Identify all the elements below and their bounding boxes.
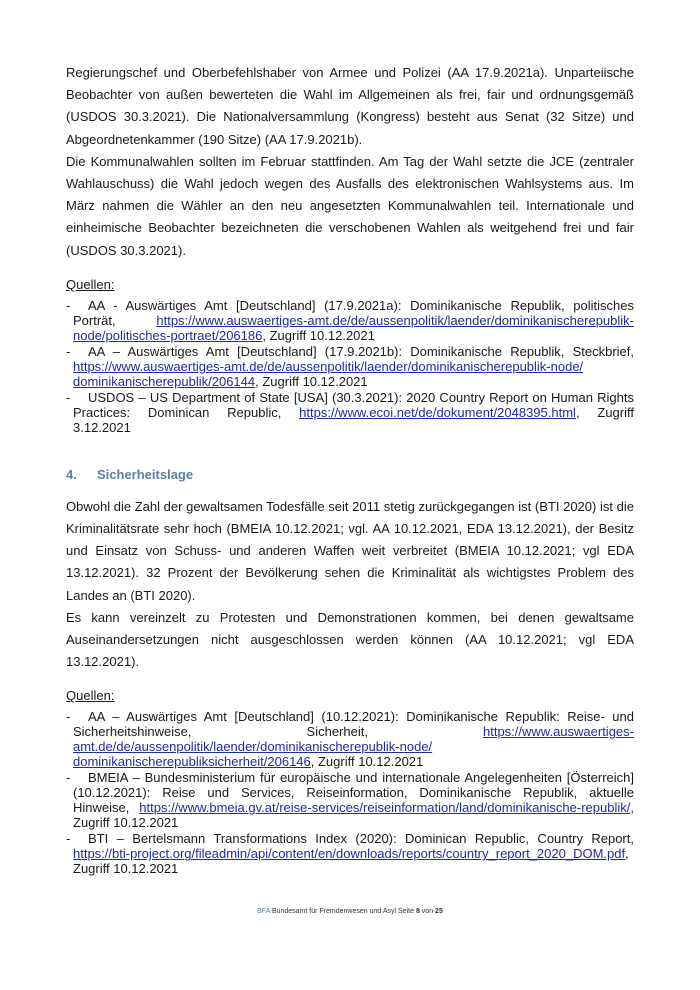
bullet-dash: - [66,390,70,405]
page-footer: BFA Bundesamt für Fremdenwesen und Asyl … [0,908,700,915]
source-text: BTI – Bertelsmann Transformations Index … [88,831,634,846]
bullet-dash: - [66,344,70,359]
footer-page-word: Seite [398,908,414,915]
source-link[interactable]: https://www.ecoi.net/de/dokument/2048395… [299,405,576,420]
source-access-date: , Zugriff 10.12.2021 [311,754,424,769]
section-4-body: Obwohl die Zahl der gewaltsamen Todesfäl… [66,496,634,674]
source-item: - USDOS – US Department of State [USA] (… [66,390,634,435]
sources-label: Quellen: [66,276,634,294]
source-access-date: , Zugriff 10.12.2021 [255,374,368,389]
sources-list: - AA – Auswärtiges Amt [Deutschland] (10… [66,709,634,876]
footer-brand: BFA [257,908,270,915]
section-title: Sicherheitslage [97,467,193,482]
paragraph: Es kann vereinzelt zu Protesten und Demo… [66,607,634,674]
source-item: - AA – Auswärtiges Amt [Deutschland] (17… [66,344,634,389]
sources-label: Quellen: [66,687,634,705]
source-item: - AA - Auswärtiges Amt [Deutschland] (17… [66,298,634,343]
source-item: - AA – Auswärtiges Amt [Deutschland] (10… [66,709,634,769]
source-link[interactable]: https://bti-project.org/fileadmin/api/co… [73,846,625,861]
paragraph: Regierungschef und Oberbefehlshaber von … [66,62,634,151]
bullet-dash: - [66,770,70,785]
paragraph: Die Kommunalwahlen sollten im Februar st… [66,151,634,262]
paragraph: Obwohl die Zahl der gewaltsamen Todesfäl… [66,496,634,607]
bullet-dash: - [66,831,70,846]
source-item: - BTI – Bertelsmann Transformations Inde… [66,831,634,876]
source-access-date: , Zugriff 10.12.2021 [262,328,375,343]
footer-of-word: von [422,908,433,915]
section-3-body: Regierungschef und Oberbefehlshaber von … [66,62,634,262]
source-item: - BMEIA – Bundesministerium für europäis… [66,770,634,830]
bullet-dash: - [66,709,70,724]
section-heading: 4.Sicherheitslage [66,466,634,484]
footer-agency: Bundesamt für Fremdenwesen und Asyl [272,908,396,915]
document-page: Regierungschef und Oberbefehlshaber von … [66,62,634,877]
bullet-dash: - [66,298,70,313]
source-text: AA – Auswärtiges Amt [Deutschland] (17.9… [88,344,634,359]
sources-list: - AA - Auswärtiges Amt [Deutschland] (17… [66,298,634,435]
source-link[interactable]: https://www.bmeia.gv.at/reise-services/r… [139,800,630,815]
section-number: 4. [66,466,97,484]
footer-page-current: 8 [416,908,420,915]
footer-page-total: 25 [435,908,443,915]
